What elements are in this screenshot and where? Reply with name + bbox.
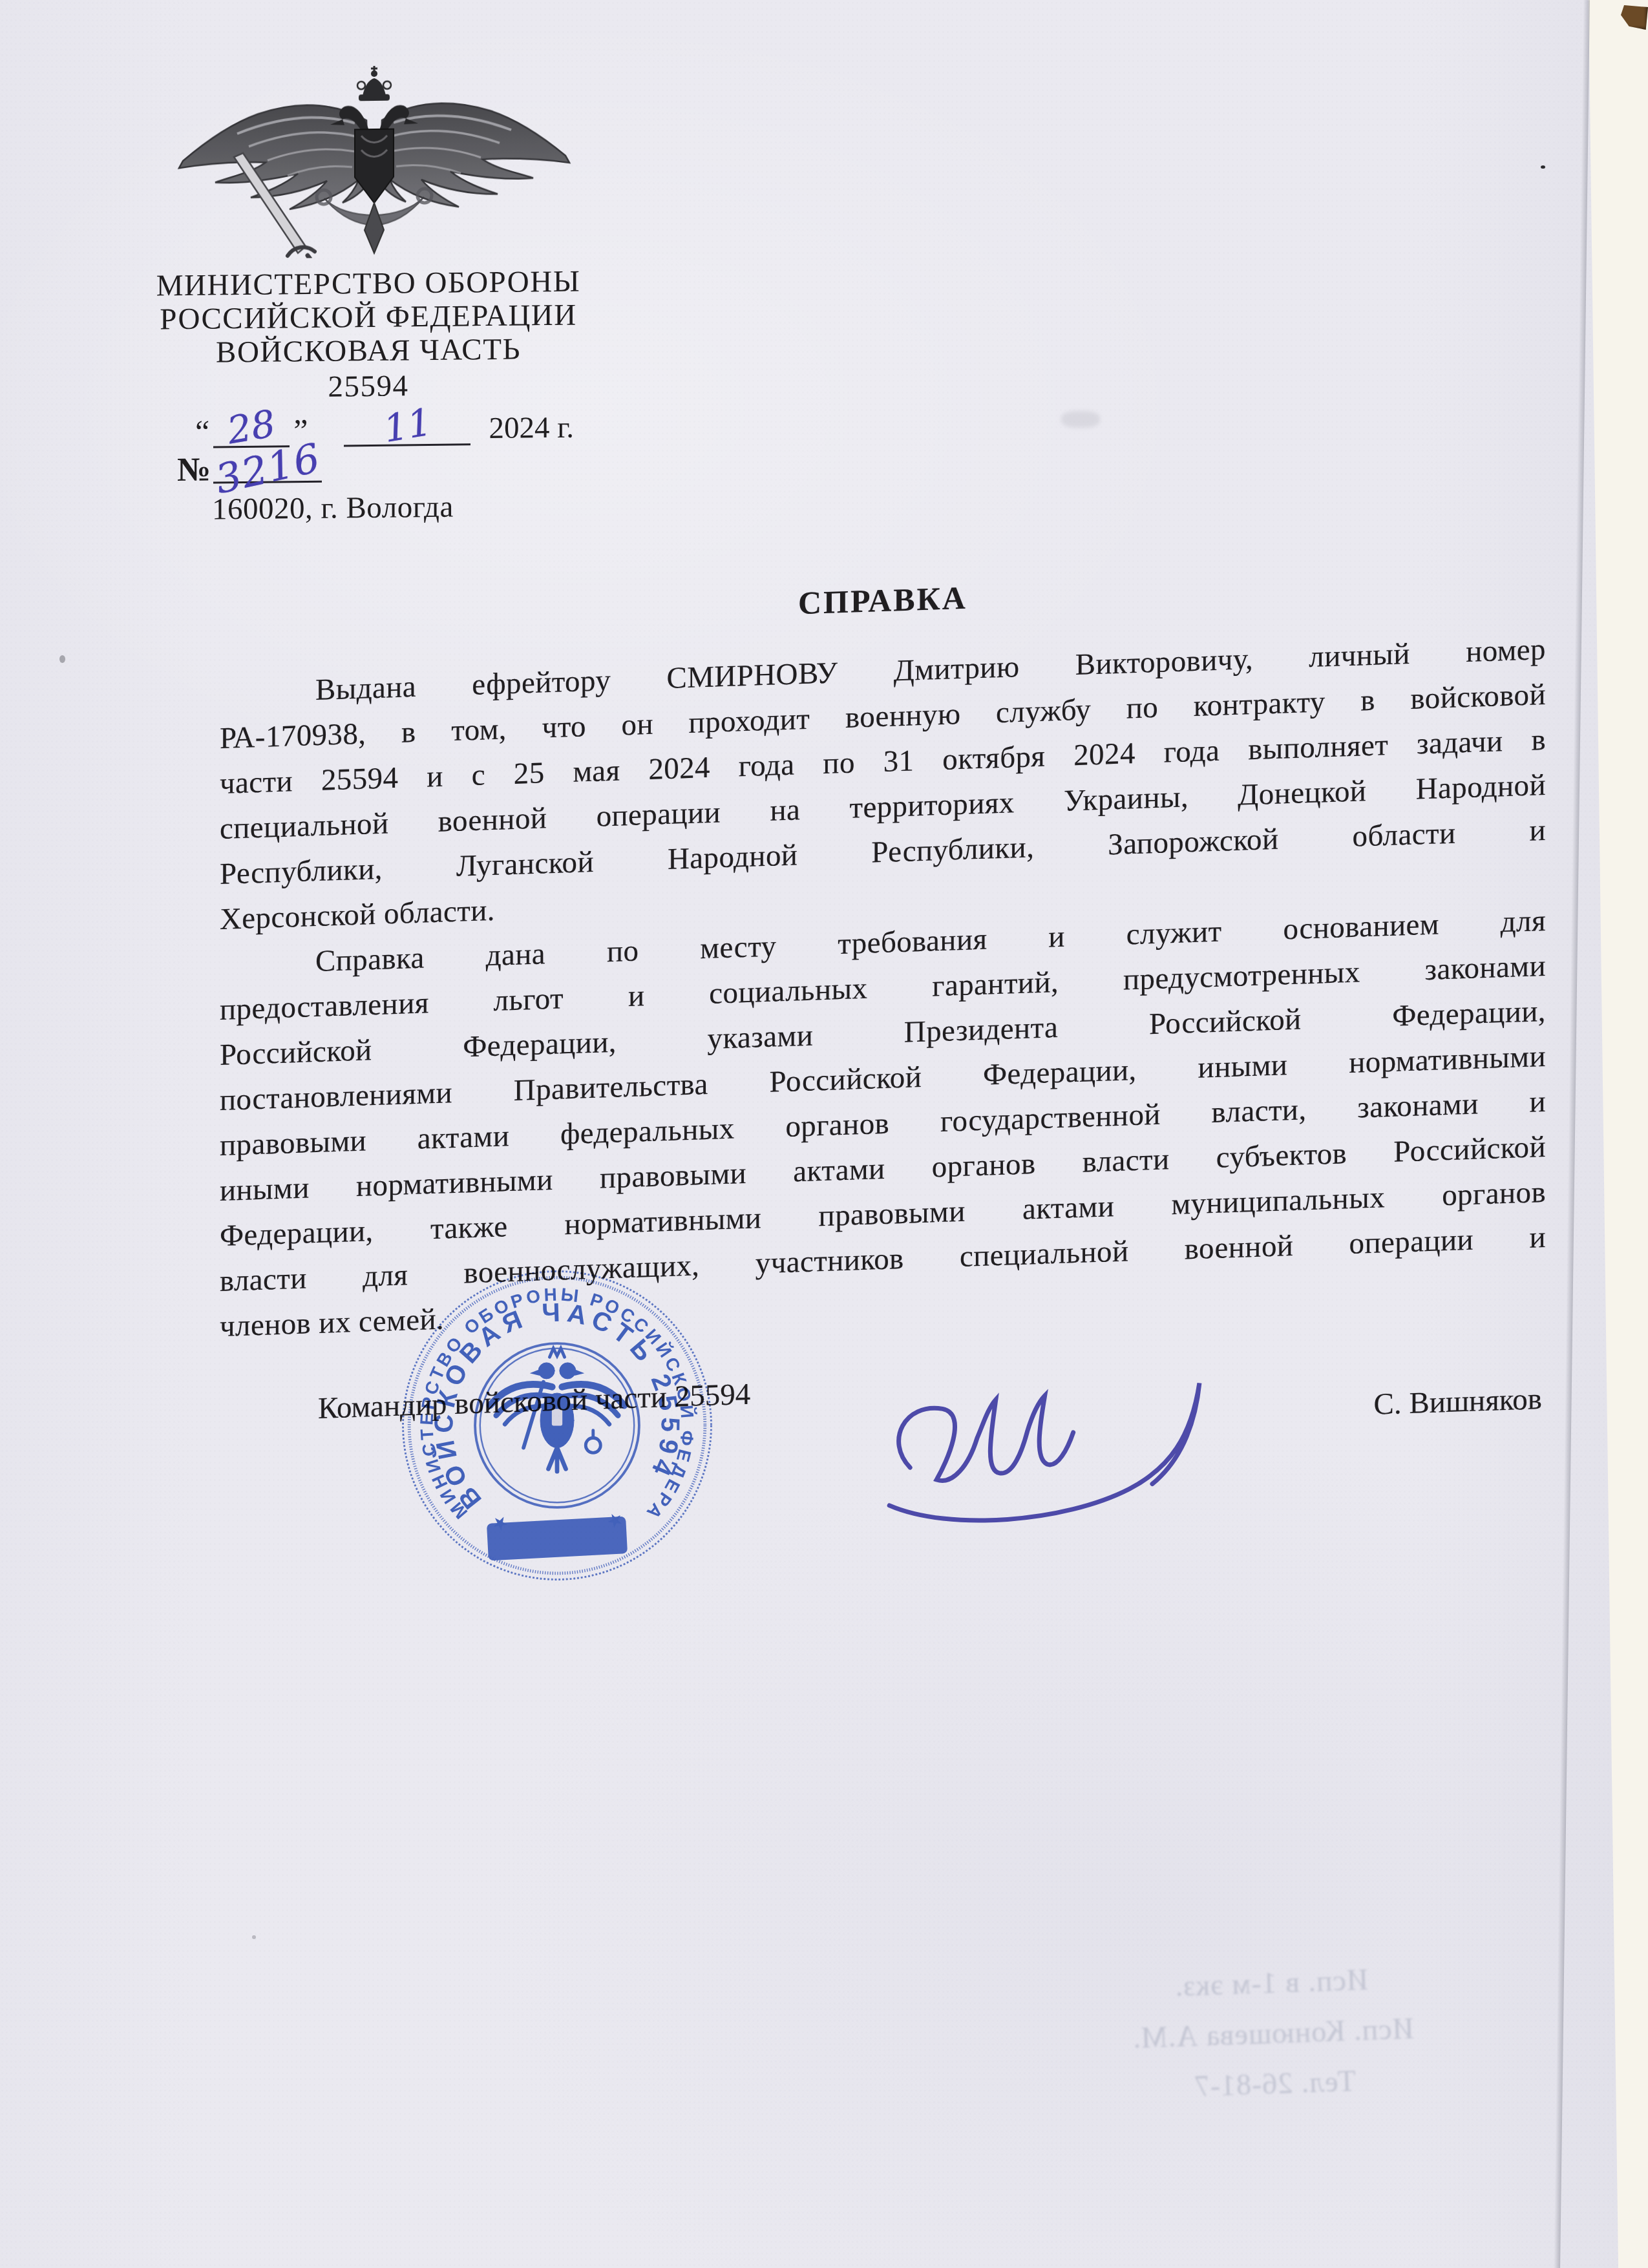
military-unit-line: ВОЙСКОВАЯ ЧАСТЬ	[115, 331, 622, 370]
scanned-document: МИНИСТЕРСТВО ОБОРОНЫ РОССИЙСКОЙ ФЕДЕРАЦИ…	[0, 0, 1648, 2268]
handwritten-day: 28	[225, 404, 278, 450]
ministry-line1: МИНИСТЕРСТВО ОБОРОНЫ	[115, 264, 622, 303]
address-line: 160020, г. Вологда	[115, 488, 622, 527]
dust-speck	[59, 655, 65, 663]
letterhead: МИНИСТЕРСТВО ОБОРОНЫ РОССИЙСКОЙ ФЕДЕРАЦИ…	[115, 264, 622, 527]
russian-mod-double-eagle-emblem-icon	[160, 60, 588, 260]
pencil-smudge	[1061, 411, 1100, 428]
round-military-unit-stamp-icon: МИНИСТЕРСТВО ОБОРОНЫ РОССИЙСКОЙ ФЕДЕРАЦИ…	[396, 1264, 719, 1587]
doc-number-line: №3216	[115, 443, 622, 488]
date-line: “ 28 ” 11 2024 г.	[115, 404, 622, 449]
stamp-eagle-icon	[490, 1349, 624, 1471]
number-blank-field: 3216	[213, 446, 322, 484]
handwritten-month: 11	[381, 403, 434, 448]
ministry-line2: РОССИЙСКОЙ ФЕДЕРАЦИИ	[115, 298, 622, 337]
dust-speck	[1541, 165, 1545, 169]
handwritten-signature-icon	[842, 1319, 1227, 1532]
bleed-through-text: Исп. в 1-м экз. Исп. Конюшева А.М. Тел. …	[1031, 1949, 1515, 2117]
handwritten-doc-number: 3216	[212, 437, 324, 499]
paper-sheet: МИНИСТЕРСТВО ОБОРОНЫ РОССИЙСКОЙ ФЕДЕРАЦИ…	[0, 0, 1648, 2268]
open-quote: “	[191, 415, 213, 448]
unit-number: 25594	[115, 367, 622, 406]
month-blank-field: 11	[344, 406, 470, 446]
commander-name: С. Вишняков	[1374, 1376, 1542, 1427]
stamp-bottom-bar	[487, 1517, 628, 1561]
paragraph-1: Выдана ефрейтору СМИРНОВУ Дмитрию Виктор…	[220, 627, 1546, 942]
year-label: 2024 г.	[489, 411, 573, 445]
number-sign: №	[177, 452, 212, 489]
dust-speck	[252, 1935, 256, 1939]
